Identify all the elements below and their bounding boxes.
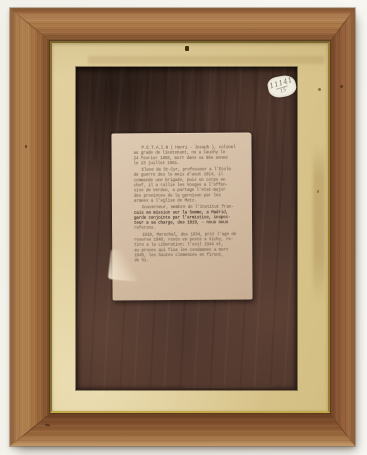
text-line: referons.: [134, 225, 252, 231]
text-line: le 23 juillet 1951.: [134, 160, 252, 166]
photo-backdrop: P.E.T.A.I.N ( Henri - Joseph ), colonela…: [0, 0, 367, 455]
text-line: de 51.: [134, 257, 252, 263]
wood-rail-top: [10, 8, 355, 41]
speck-left-rail: [25, 145, 27, 148]
nail-dot-right-rail: [340, 85, 343, 88]
mat-speck: [317, 190, 319, 193]
wooden-picture-frame: P.E.T.A.I.N ( Henri - Joseph ), colonela…: [10, 8, 355, 446]
wood-rail-left: [10, 8, 50, 446]
mat-smudge-top: [88, 56, 324, 64]
typed-text: P.E.T.A.I.N ( Henri - Joseph ), colonela…: [134, 145, 253, 264]
separator-dash: [185, 385, 275, 388]
mat-board-with-gold-fillet: P.E.T.A.I.N ( Henri - Joseph ), colonela…: [50, 41, 330, 413]
wood-rail-bottom: [10, 413, 355, 446]
typed-text-block: P.E.T.A.I.N ( Henri - Joseph ), colonela…: [134, 145, 252, 388]
wood-rail-right: [330, 8, 355, 446]
backing-board: P.E.T.A.I.N ( Henri - Joseph ), colonela…: [76, 67, 297, 390]
mat-speck: [318, 88, 321, 91]
mat-smudge-right: [313, 143, 325, 303]
nail-hole: [185, 46, 189, 51]
text-line: armees a l'eglise de Metz.: [134, 197, 252, 203]
typed-note-paper: P.E.T.A.I.N ( Henri - Joseph ), colonela…: [111, 133, 252, 301]
